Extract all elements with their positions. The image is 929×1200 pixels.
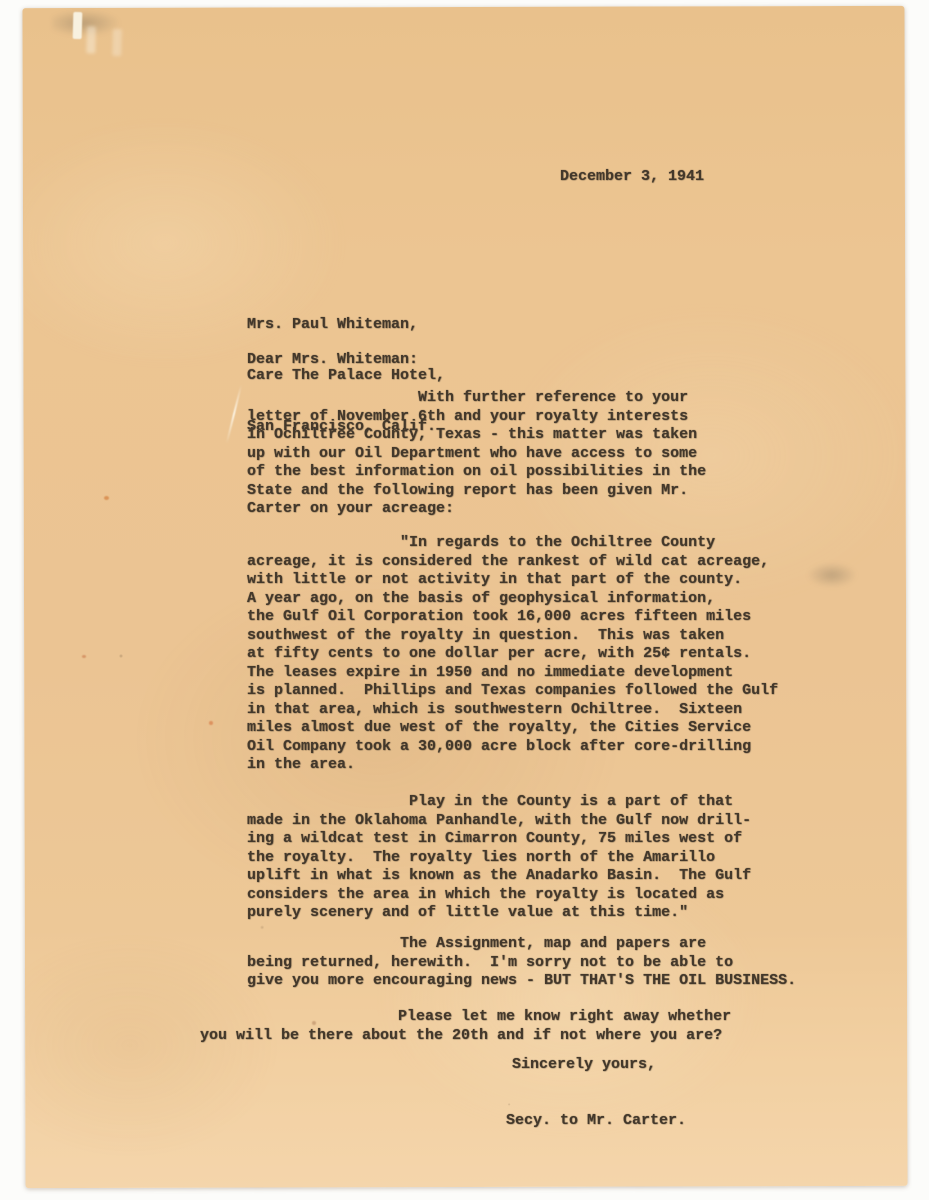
- text-line: give you more encouraging news - BUT THA…: [247, 972, 796, 991]
- text-line: is planned. Phillips and Texas companies…: [247, 682, 778, 701]
- typewritten-text-layer: December 3, 1941 Mrs. Paul Whiteman, Car…: [0, 0, 929, 1200]
- paragraph-2: "In regards to the Ochiltree Countyacrea…: [247, 534, 778, 775]
- text-line: up with our Oil Department who have acce…: [247, 445, 706, 464]
- text-line: With further reference to your: [247, 389, 706, 408]
- scanned-letter-page: December 3, 1941 Mrs. Paul Whiteman, Car…: [0, 0, 929, 1200]
- text-line: A year ago, on the basis of geophysical …: [247, 590, 778, 609]
- text-line: acreage, it is considered the rankest of…: [247, 553, 778, 572]
- text-line: purely scenery and of little value at th…: [247, 904, 751, 923]
- text-line: the Gulf Oil Corporation took 16,000 acr…: [247, 608, 778, 627]
- text-line: State and the following report has been …: [247, 482, 706, 501]
- text-line: in that area, which is southwestern Ochi…: [247, 701, 778, 720]
- text-line: "In regards to the Ochiltree County: [247, 534, 778, 553]
- text-line: ing a wildcat test in Cimarron County, 7…: [247, 830, 751, 849]
- text-line: being returned, herewith. I'm sorry not …: [247, 954, 796, 973]
- letter-date: December 3, 1941: [560, 168, 704, 185]
- text-line: you will be there about the 20th and if …: [200, 1027, 731, 1046]
- text-line: in Ochiltree County, Texas - this matter…: [247, 426, 706, 445]
- text-line: southwest of the royalty in question. Th…: [247, 627, 778, 646]
- text-line: uplift in what is known as the Anadarko …: [247, 867, 751, 886]
- text-line: Play in the County is a part of that: [247, 793, 751, 812]
- text-line: considers the area in which the royalty …: [247, 886, 751, 905]
- text-line: of the best information on oil possibili…: [247, 463, 706, 482]
- paragraph-5: Please let me know right away whetheryou…: [200, 1008, 731, 1045]
- text-line: The Assignment, map and papers are: [247, 935, 796, 954]
- recipient-name: Mrs. Paul Whiteman,: [247, 316, 445, 333]
- text-line: letter of November 6th and your royalty …: [247, 408, 706, 427]
- recipient-address-line: Care The Palace Hotel,: [247, 367, 445, 384]
- text-line: miles almost due west of the royalty, th…: [247, 719, 778, 738]
- text-line: Please let me know right away whether: [200, 1008, 731, 1027]
- paragraph-4: The Assignment, map and papers arebeing …: [247, 935, 796, 991]
- text-line: at fifty cents to one dollar per acre, w…: [247, 645, 778, 664]
- paragraph-1: With further reference to yourletter of …: [247, 389, 706, 519]
- text-line: Carter on your acreage:: [247, 500, 706, 519]
- closing-phrase: Sincerely yours,: [512, 1056, 656, 1073]
- text-line: in the area.: [247, 756, 778, 775]
- text-line: the royalty. The royalty lies north of t…: [247, 849, 751, 868]
- signature-line: Secy. to Mr. Carter.: [506, 1112, 686, 1129]
- salutation: Dear Mrs. Whiteman:: [247, 351, 418, 368]
- text-line: The leases expire in 1950 and no immedia…: [247, 664, 778, 683]
- text-line: made in the Oklahoma Panhandle, with the…: [247, 812, 751, 831]
- paragraph-3: Play in the County is a part of thatmade…: [247, 793, 751, 923]
- text-line: Oil Company took a 30,000 acre block aft…: [247, 738, 778, 757]
- text-line: with little or not activity in that part…: [247, 571, 778, 590]
